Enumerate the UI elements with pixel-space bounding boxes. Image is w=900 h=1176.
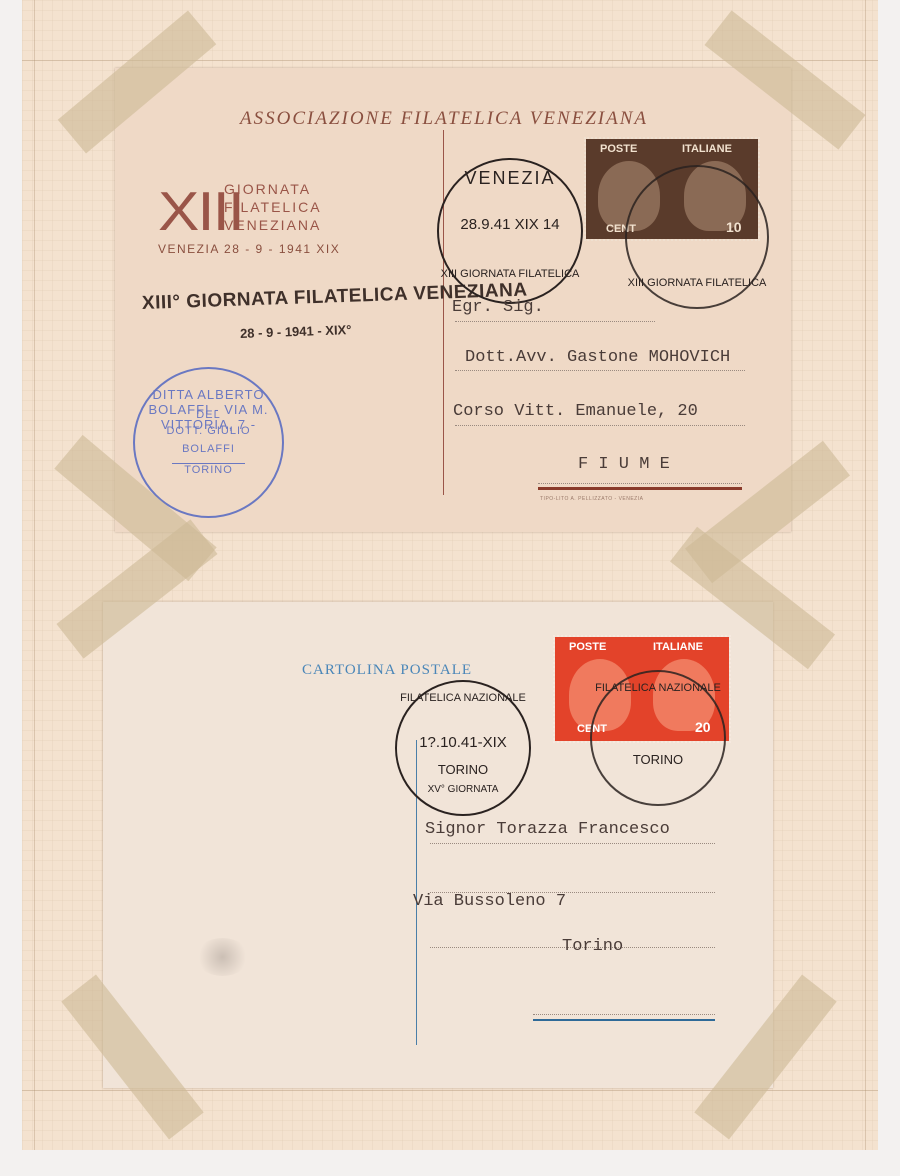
address-line <box>455 370 745 371</box>
postmark-torino-2: FILATELICA NAZIONALE TORINO <box>590 670 726 806</box>
address-line <box>538 483 742 484</box>
ink-smudge <box>195 938 250 976</box>
postmark-torino: FILATELICA NAZIONALE 1?.10.41-XIX TORINO… <box>395 680 531 816</box>
address-line <box>455 425 745 426</box>
album-border-line <box>865 0 866 1150</box>
address-city: Torino <box>562 937 623 956</box>
card-header: ASSOCIAZIONE FILATELICA VENEZIANA <box>240 108 648 130</box>
postmark-venezia-2: XIII GIORNATA FILATELICA <box>625 165 769 309</box>
address-line <box>455 321 655 322</box>
event-date: VENEZIA 28 - 9 - 1941 XIX <box>158 242 340 256</box>
postmark-venezia: VENEZIA 28.9.41 XIX 14 XIII GIORNATA FIL… <box>437 158 583 304</box>
address-street: Corso Vitt. Emanuele, 20 <box>453 402 698 421</box>
event-title: GIORNATA FILATELICA VENEZIANA <box>224 180 322 234</box>
address-name: Dott.Avv. Gastone MOHOVICH <box>465 348 730 367</box>
address-line <box>533 1014 715 1015</box>
address-salutation: Egr. Sig. <box>452 298 544 317</box>
address-city: F I U M E <box>578 455 670 474</box>
printer-imprint: TIPO-LITO A. PELLIZZATO - VENEZIA <box>540 496 643 502</box>
address-rule <box>538 487 742 490</box>
address-line <box>430 843 715 844</box>
album-border-line <box>34 0 35 1150</box>
address-street: Via Bussoleno 7 <box>413 892 566 911</box>
address-name: Signor Torazza Francesco <box>425 820 670 839</box>
address-rule <box>533 1019 715 1021</box>
card-header: CARTOLINA POSTALE <box>302 662 472 679</box>
